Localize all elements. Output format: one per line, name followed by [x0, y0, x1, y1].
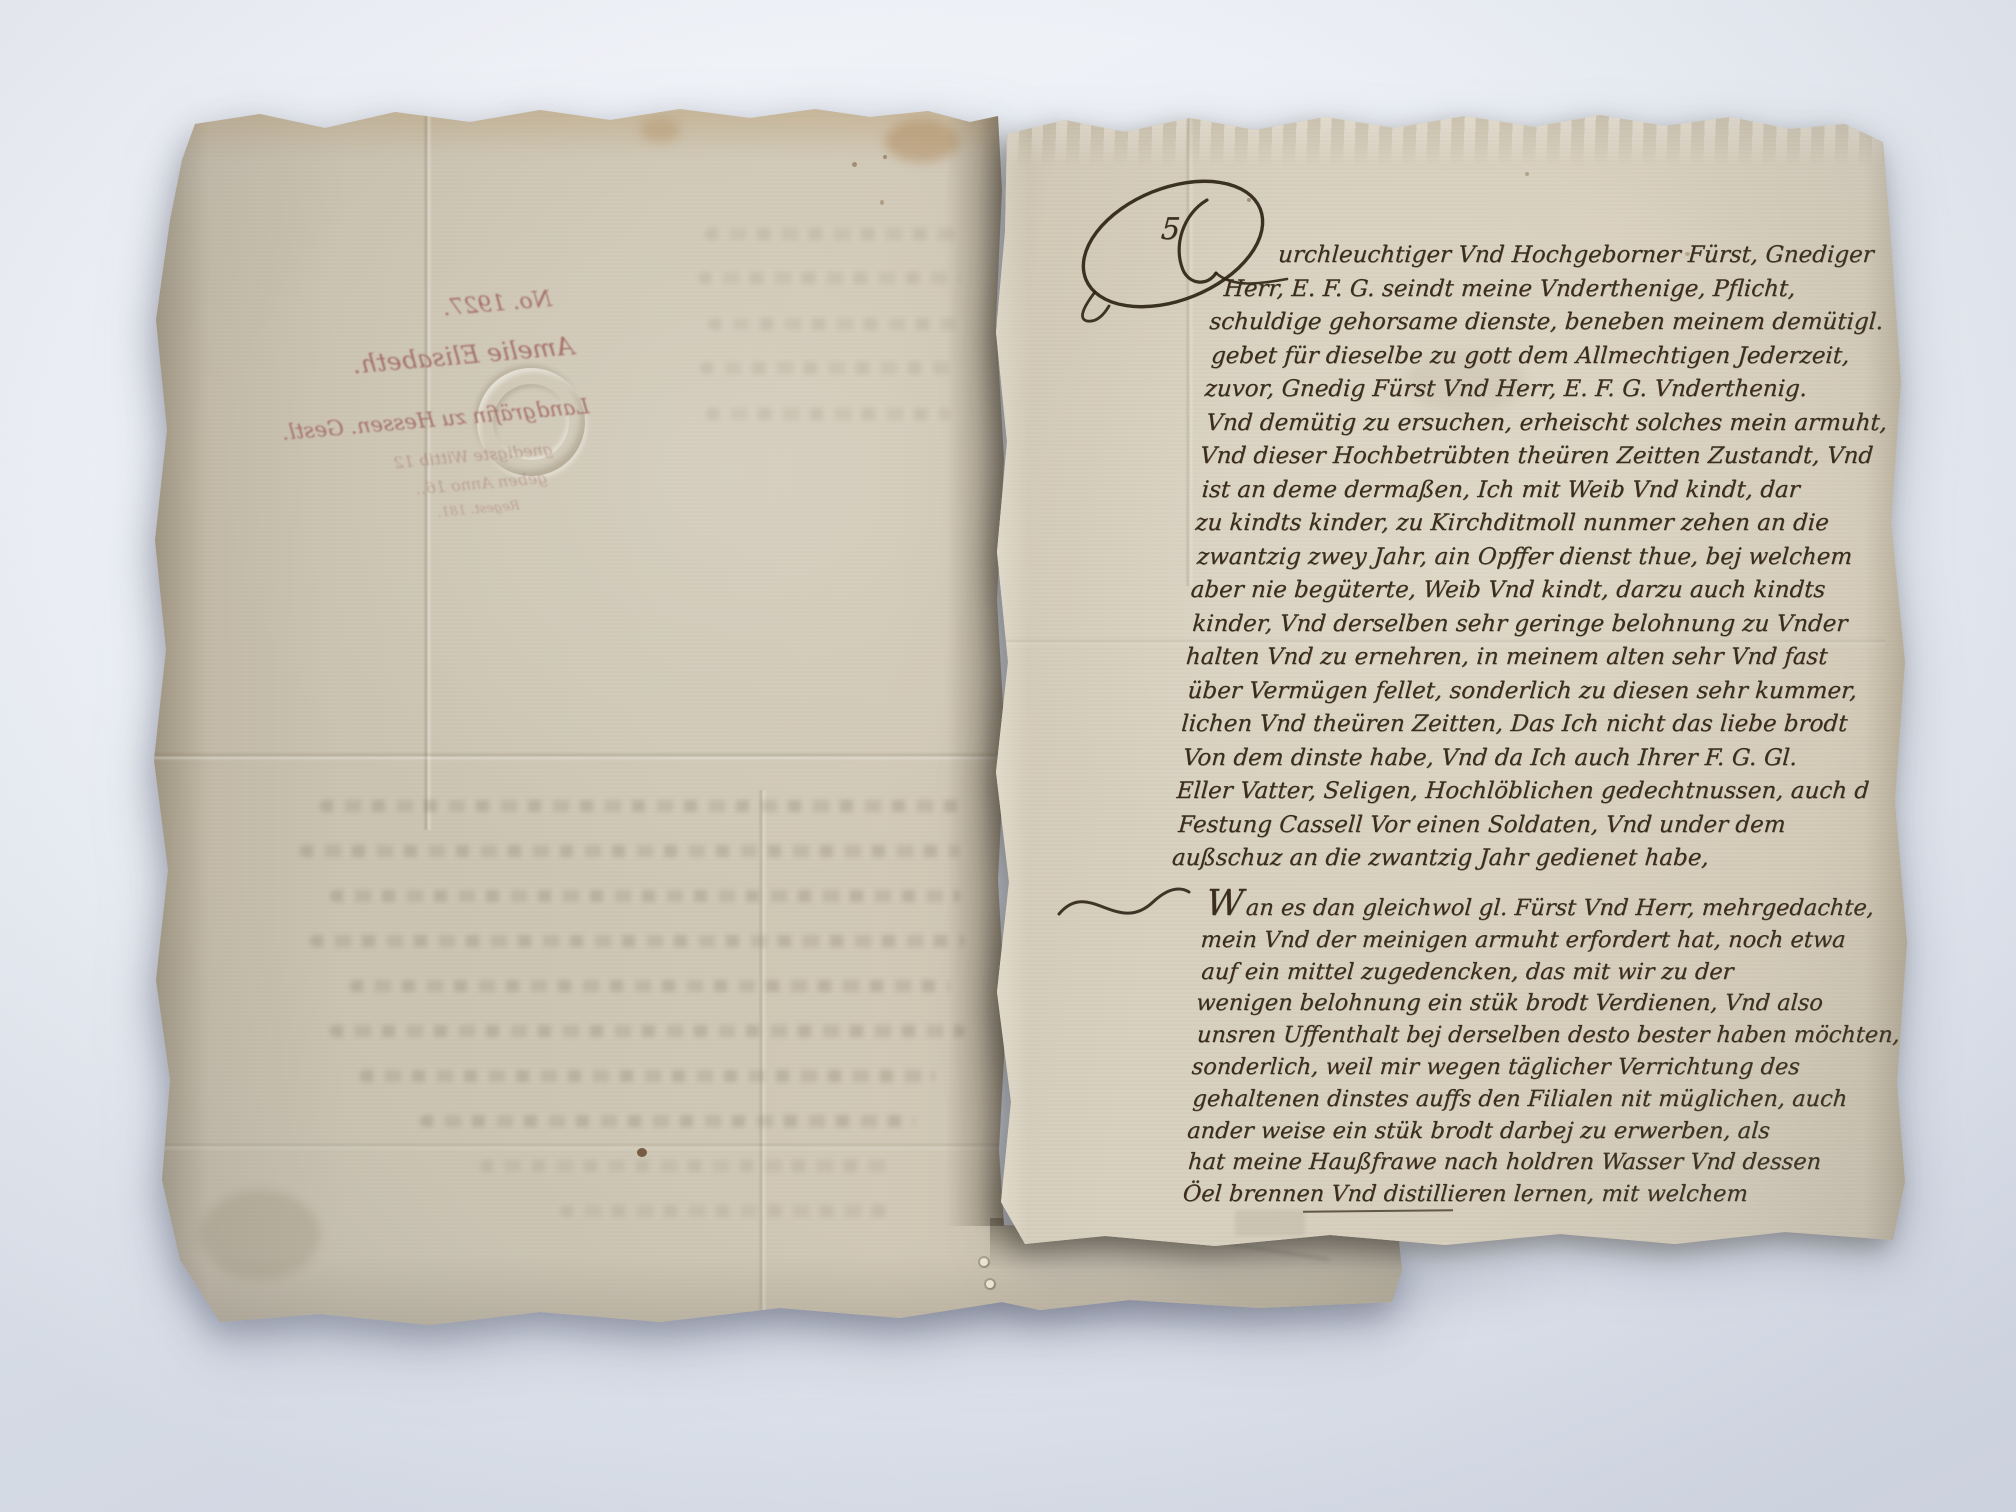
text-line: unsren Uffenthalt bej derselben desto be… — [1196, 1020, 1901, 1052]
archival-note-mirrored: No. 1927. Amelie Elisabeth. Landgräfin z… — [259, 279, 600, 566]
text-line: außschuz an die zwantzig Jahr gedienet h… — [1171, 842, 1866, 876]
right-page: 5 urchleuchtiger Vnd Hochgeborner Fürst,… — [985, 102, 1920, 1262]
bleedthrough-line — [360, 1070, 935, 1082]
archive-name: Amelie Elisabeth. — [351, 331, 575, 379]
bleedthrough-line — [480, 1160, 895, 1172]
text-line: Öel brennen Vnd distillieren lernen, mit… — [1182, 1179, 1890, 1211]
text-line: über Vermügen fellet, sonderlich zu dies… — [1186, 675, 1877, 709]
text-line: Vnd demütig zu ersuchen, erheischt solch… — [1205, 407, 1896, 441]
text-line: Von dem dinste habe, Vnd da Ich auch Ihr… — [1182, 742, 1873, 776]
bleedthrough-line — [310, 935, 965, 947]
text-line: ander weise ein stük brodt darbej zu erw… — [1186, 1116, 1894, 1148]
text-line: hat meine Haußfrawe nach holdren Wasser … — [1187, 1147, 1892, 1179]
left-edge-shading — [140, 100, 210, 1345]
text-line: schuldige gehorsame dienste, beneben mei… — [1208, 306, 1903, 340]
text-line: zuvor, Gnedig Fürst Vnd Herr, E. F. G. V… — [1204, 373, 1899, 407]
registrar-mark: 5 — [1160, 212, 1182, 247]
speck — [1525, 172, 1529, 176]
bleedthrough-line — [705, 228, 955, 240]
handwritten-paragraph-2: Wan es dan gleichwol gl. Fürst Vnd Herr,… — [1182, 888, 1910, 1211]
archive-line: Regest. 181. — [437, 499, 521, 521]
top-edge-discoloration — [180, 106, 1000, 158]
text-line: halten Vnd zu ernehren, in meinem alten … — [1185, 641, 1880, 675]
pencil-smudge — [1235, 1210, 1305, 1236]
text-line: urchleuchtiger Vnd Hochgeborner Fürst, G… — [1277, 239, 1908, 273]
archive-title: Landgräfin zu Hessen. Gestl. — [281, 394, 590, 445]
bleedthrough-line — [706, 408, 951, 420]
text-line: Vnd dieser Hochbetrübten theüren Zeitten… — [1199, 440, 1894, 474]
w-initial-flourish — [1055, 872, 1225, 932]
bleedthrough-line — [420, 1115, 915, 1127]
text-line: Herr, E. F. G. seindt meine Vnderthenige… — [1223, 273, 1906, 307]
text-line: lichen Vnd theüren Zeitten, Das Ich nich… — [1180, 708, 1875, 742]
text-line: Eller Vatter, Seligen, Hochlöblichen ged… — [1175, 775, 1870, 809]
text-line: Wan es dan gleichwol gl. Fürst Vnd Herr,… — [1205, 888, 1910, 925]
handwritten-paragraph-1: urchleuchtiger Vnd Hochgeborner Fürst, G… — [1171, 239, 1908, 876]
bleedthrough-line — [330, 1025, 965, 1037]
text-line: auf ein mittel zugedencken, das mit wir … — [1200, 957, 1905, 989]
text-line-continuation: an es dan gleichwol gl. Fürst Vnd Herr, … — [1245, 895, 1875, 921]
text-line: gehaltenen dinstes auffs den Filialen ni… — [1191, 1084, 1896, 1116]
bleedthrough-line — [330, 890, 960, 902]
deckled-top-edge — [985, 102, 1920, 166]
stitch-hole — [986, 1280, 994, 1288]
text-line: ist an deme dermaßen, Ich mit Weib Vnd k… — [1201, 474, 1892, 508]
stain — [200, 1190, 320, 1280]
fold-crease — [758, 790, 767, 1330]
archive-line: gnedigste Wittib 12 — [393, 439, 554, 472]
ink-spot — [637, 1148, 647, 1157]
bleedthrough-line — [700, 362, 955, 374]
stain — [640, 118, 680, 142]
bleedthrough-line — [560, 1205, 890, 1217]
text-line: mein Vnd der meinigen armuht erfordert h… — [1199, 925, 1907, 957]
speck — [883, 155, 887, 159]
torn-left-edge-fibers — [985, 102, 1029, 1262]
bleedthrough-line — [320, 800, 960, 812]
text-line: aber nie begüterte, Weib Vnd kindt, darz… — [1189, 574, 1884, 608]
bleedthrough-line — [698, 272, 960, 284]
archive-line: geben Anno 16.. — [415, 468, 548, 498]
text-line: zwantzig zwey Jahr, ain Opffer dienst th… — [1196, 541, 1887, 575]
bleedthrough-line — [300, 845, 960, 857]
text-line: zu kindts kinder, zu Kirchditmoll nunmer… — [1194, 507, 1889, 541]
right-page-wrap: 5 urchleuchtiger Vnd Hochgeborner Fürst,… — [985, 102, 1920, 1262]
text-line: Festung Cassell Vor einen Soldaten, Vnd … — [1177, 809, 1868, 843]
underline-distillieren — [1303, 1209, 1453, 1213]
paragraph-initial-w: W — [1205, 883, 1246, 924]
bleedthrough-line — [350, 980, 950, 992]
archive-number: No. 1927. — [442, 287, 553, 321]
text-line: sonderlich, weil mir wegen täglicher Ver… — [1191, 1052, 1899, 1084]
text-line: gebet für dieselbe zu gott dem Allmechti… — [1210, 340, 1901, 374]
speck — [880, 200, 884, 205]
document-photo: No. 1927. Amelie Elisabeth. Landgräfin z… — [0, 0, 2016, 1512]
fold-crease — [154, 752, 1000, 761]
fold-crease — [154, 1142, 1000, 1151]
bleedthrough-line — [708, 318, 956, 330]
speck — [852, 162, 857, 167]
text-line: wenigen belohnung ein stük brodt Verdien… — [1195, 988, 1903, 1020]
text-line: kinder, Vnd derselben sehr geringe beloh… — [1191, 608, 1882, 642]
